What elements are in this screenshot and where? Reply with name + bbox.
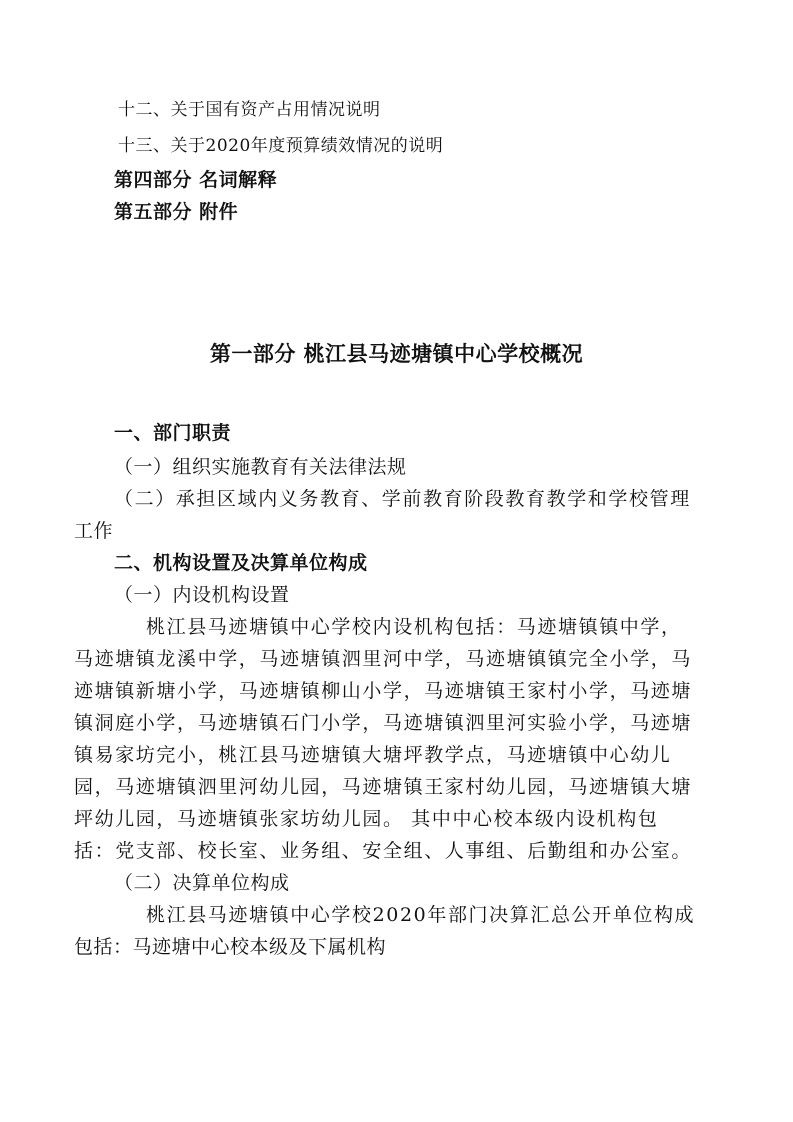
- duty-item-1: （一）组织实施教育有关法律法规: [114, 455, 407, 479]
- paragraph-internal-line: 迹塘镇新塘小学，马迹塘镇柳山小学，马迹塘镇王家村小学，马迹塘: [74, 679, 692, 703]
- paragraph-internal-line: 园，马迹塘镇泗里河幼儿园，马迹塘镇王家村幼儿园，马迹塘镇大塘: [74, 775, 692, 799]
- paragraph-internal-line: 镇洞庭小学，马迹塘镇石门小学，马迹塘镇泗里河实验小学，马迹塘: [74, 711, 692, 735]
- duty-item-2-cont: 工作: [74, 519, 113, 543]
- paragraph-internal-line: 马迹塘镇龙溪中学，马迹塘镇泗里河中学，马迹塘镇镇完全小学，马: [74, 647, 692, 671]
- toc-item-13: 十三、关于2020年度预算绩效情况的说明: [118, 134, 443, 158]
- heading-organization: 二、机构设置及决算单位构成: [114, 551, 368, 575]
- subheading-internal: （一）内设机构设置: [114, 583, 290, 607]
- paragraph-internal-line: 坪幼儿园，马迹塘镇张家坊幼儿园。 其中中心校本级内设机构包: [74, 807, 658, 831]
- toc-part-5: 第五部分 附件: [114, 200, 238, 224]
- toc-item-12: 十二、关于国有资产占用情况说明: [118, 98, 381, 122]
- duty-item-2: （二）承担区域内义务教育、学前教育阶段教育教学和学校管理: [114, 487, 691, 511]
- paragraph-internal-line: 桃江县马迹塘镇中心学校内设机构包括：马迹塘镇镇中学，: [146, 615, 682, 639]
- heading-duties: 一、部门职责: [114, 421, 231, 445]
- paragraph-final-accounts-line: 包括：马迹塘中心校本级及下属机构: [74, 935, 386, 959]
- toc-part-4: 第四部分 名词解释: [114, 168, 277, 192]
- section-title: 第一部分 桃江县马迹塘镇中心学校概况: [0, 342, 793, 366]
- subheading-final-accounts: （二）决算单位构成: [114, 871, 290, 895]
- paragraph-internal-line: 括：党支部、校长室、业务组、安全组、人事组、后勤组和办公室。: [74, 839, 692, 863]
- paragraph-internal-line: 镇易家坊完小，桃江县马迹塘镇大塘坪教学点，马迹塘镇中心幼儿: [74, 743, 671, 767]
- paragraph-final-accounts-line: 桃江县马迹塘镇中心学校2020年部门决算汇总公开单位构成: [146, 903, 695, 927]
